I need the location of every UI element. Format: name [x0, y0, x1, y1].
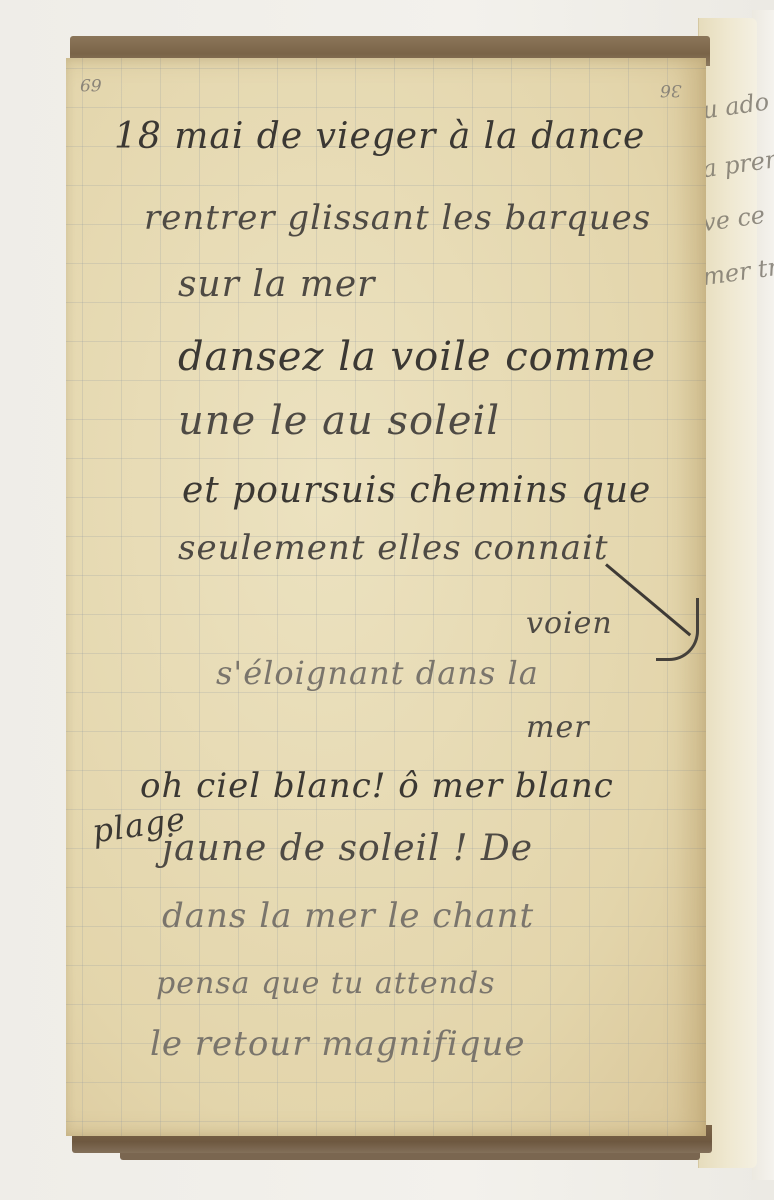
- handwritten-line-13: dans la mer le chant: [162, 896, 534, 936]
- handwritten-line-5: une le au soleil: [178, 398, 500, 444]
- handwritten-line-9: s'éloignant dans la: [216, 654, 539, 692]
- handwritten-line-10: mer: [526, 710, 590, 745]
- handwritten-line-3: sur la mer: [178, 264, 375, 305]
- handwritten-line-12: jaune de soleil ! De: [162, 828, 533, 869]
- handwritten-line-11: oh ciel blanc! ô mer blanc: [140, 766, 614, 806]
- handwritten-line-4: dansez la voile comme: [178, 334, 656, 380]
- handwritten-line-14: pensa que tu attends: [156, 966, 496, 1001]
- handwritten-line-6: et poursuis chemins que: [182, 470, 651, 511]
- handwritten-line-1: 18 mai de vieger à la dance: [114, 116, 645, 157]
- page-number-left: 69: [80, 74, 102, 94]
- pencil-curl-mark: [656, 598, 699, 661]
- handwritten-line-8: voien: [526, 606, 613, 641]
- adjacent-page: [698, 18, 757, 1168]
- page-number-right: 36: [660, 80, 682, 100]
- handwritten-line-2: rentrer glissant les barques: [144, 198, 651, 238]
- notebook-page: 69 36 18 mai de vieger à la dance rentre…: [66, 58, 706, 1136]
- handwritten-line-7: seulement elles connait: [178, 528, 609, 568]
- handwritten-line-15: le retour magnifique: [150, 1024, 526, 1064]
